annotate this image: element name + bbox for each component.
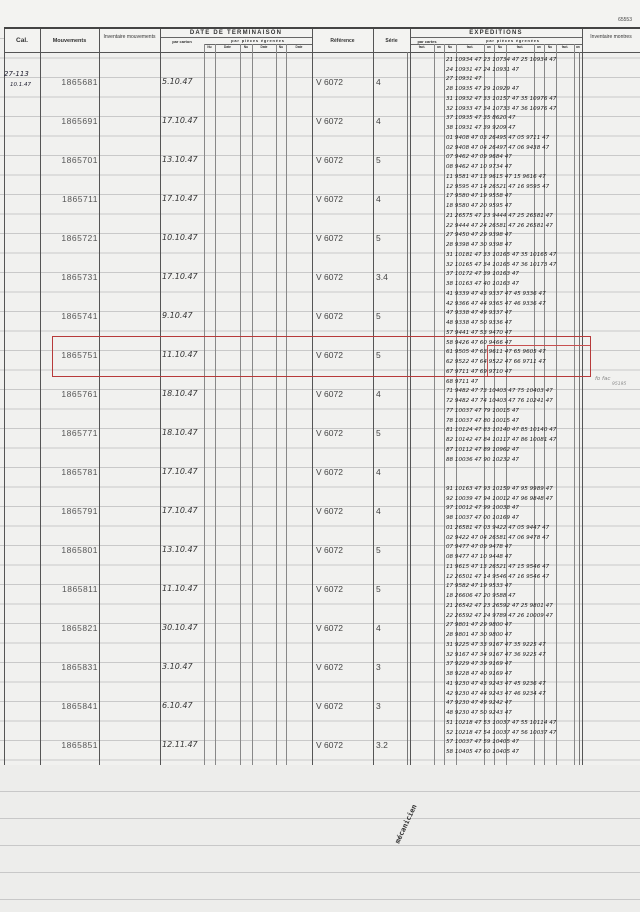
mouvement-number: 1865851	[40, 740, 98, 750]
expedition-entry: 87 10112 47 89 10962 47	[446, 446, 519, 456]
header-nu: Nu	[204, 45, 215, 49]
reference: V 6072	[316, 467, 374, 477]
expedition-entry: 78 10037 47 80 10015 47	[446, 417, 519, 427]
table-row: 18658416.10.47V 6072341 9230 47 43 9243 …	[4, 676, 640, 714]
termination-date: 18.10.47	[162, 428, 210, 437]
reference: V 6072	[316, 155, 374, 165]
expedition-entry: 27 9801 47 29 9800 47	[446, 621, 512, 631]
termination-date: 17.10.47	[162, 194, 210, 203]
mouvement-number: 1865711	[40, 194, 98, 204]
expedition-entry: 32 10165 47 34 10165 47 36 10173 47	[446, 261, 556, 271]
page-bottom-lined-area	[0, 765, 640, 912]
form-number: 65553	[618, 17, 632, 23]
table-row: 186569117.10.47V 6072431 10932 47 33 101…	[4, 91, 640, 129]
mouvement-number: 1865841	[40, 701, 98, 711]
header-par-cartes: par cartes	[410, 39, 444, 44]
table-row: 186577118.10.47V 6072577 10037 47 79 100…	[4, 403, 640, 441]
expedition-entry: 41 9339 47 43 9337 47 45 9336 47	[446, 290, 546, 300]
header-serie: Série	[373, 38, 410, 44]
reference: V 6072	[316, 701, 374, 711]
header-expeditions: EXPÉDITIONS	[410, 30, 582, 36]
termination-date: 17.10.47	[162, 116, 210, 125]
header-date: Date	[215, 45, 240, 49]
expedition-entry: 92 10039 47 94 10012 47 96 9848 47	[446, 495, 553, 505]
expedition-entry: 52 10218 47 54 10037 47 56 10037 47	[446, 729, 556, 739]
termination-date: 17.10.47	[162, 506, 210, 515]
serie: 4	[376, 77, 410, 87]
termination-date: 13.10.47	[162, 545, 210, 554]
expedition-entry: 58 10405 47 60 10405 47	[446, 748, 519, 758]
expedition-entry: 37 10172 47 39 10163 47	[446, 270, 519, 280]
table-row: 18657419.10.47V 6072541 9339 47 43 9337 …	[4, 286, 640, 324]
expedition-entry: 81 10124 47 83 10140 47 85 10140 47	[446, 426, 556, 436]
expedition-entry: 27 10931 47	[446, 75, 482, 85]
expedition-entry: 32 9167 47 34 9167 47 36 9225 47	[446, 651, 546, 661]
mouvement-number: 1865691	[40, 116, 98, 126]
serie: 5	[376, 155, 410, 165]
reference: V 6072	[316, 506, 374, 516]
header-inventaire-mouvements: Inventaire mouvements	[99, 34, 160, 40]
expedition-entry: 31 9225 47 33 9167 47 35 9225 47	[446, 641, 546, 651]
reference: V 6072	[316, 194, 374, 204]
reference: V 6072	[316, 428, 374, 438]
table-row: 186573117.10.47V 60723.431 10181 47 33 1…	[4, 247, 640, 285]
expedition-entry: 21 26542 47 23 26592 47 25 9801 47	[446, 602, 553, 612]
header-date: Date	[252, 45, 276, 49]
margin-note-number: 95195	[612, 382, 626, 387]
termination-date: 11.10.47	[162, 584, 210, 593]
table-row: 186572110.10.47V 6072521 26575 47 23 944…	[4, 208, 640, 246]
mouvement-number: 1865741	[40, 311, 98, 321]
header-an: an	[574, 45, 582, 49]
expedition-entry: 11 9615 47 13 26521 47 15 9546 47	[446, 563, 549, 573]
expedition-entry: 97 10012 47 99 10038 47	[446, 504, 519, 514]
expedition-entry: 22 26592 47 24 9789 47 26 10009 47	[446, 612, 553, 622]
table-row: 186585112.11.47V 60723.251 10218 47 53 1…	[4, 715, 640, 753]
header-an: an	[434, 45, 444, 49]
table-row: 186582130.10.47V 6072421 26542 47 23 265…	[4, 598, 640, 636]
termination-date: 18.10.47	[162, 389, 210, 398]
table-row: 186571117.10.47V 6072411 9581 47 13 9615…	[4, 169, 640, 207]
reference: V 6072	[316, 116, 374, 126]
termination-date: 3.10.47	[162, 662, 210, 671]
expedition-entry: 01 26581 47 03 9422 47 05 9447 47	[446, 524, 549, 534]
expedition-entry: 27 9450 47 29 9398 47	[446, 231, 512, 241]
serie: 5	[376, 233, 410, 243]
expedition-entry: 17 9582 47 19 9533 47	[446, 582, 512, 592]
serie: 5	[376, 584, 410, 594]
header-fact: fact.	[506, 45, 534, 49]
header-nu: Nu	[240, 45, 252, 49]
header-par-carton: par carton	[160, 39, 204, 44]
reference: V 6072	[316, 272, 374, 282]
expedition-entry: 57 10037 47 59 10405 47	[446, 738, 519, 748]
termination-date: 30.10.47	[162, 623, 210, 632]
margin-note: fo fac	[595, 376, 610, 382]
header-fact: fact.	[456, 45, 484, 49]
serie: 5	[376, 428, 410, 438]
mouvement-number: 1865781	[40, 467, 98, 477]
serie: 4	[376, 116, 410, 126]
expedition-entry: 31 10181 47 33 10165 47 35 10165 47	[446, 251, 556, 261]
expedition-entry: 68 9711 47	[446, 378, 478, 388]
mouvement-number: 1865821	[40, 623, 98, 633]
serie: 4	[376, 389, 410, 399]
highlighted-subbox	[487, 345, 590, 376]
header-nu: Nu	[544, 45, 556, 49]
expedition-entry: 71 9482 47 73 10403 47 75 10403 47	[446, 387, 553, 397]
reference: V 6072	[316, 77, 374, 87]
serie: 4	[376, 506, 410, 516]
termination-date: 17.10.47	[162, 272, 210, 281]
termination-date: 5.10.47	[162, 77, 210, 86]
mouvement-number: 1865761	[40, 389, 98, 399]
serie: 3	[376, 662, 410, 672]
serie: 4	[376, 623, 410, 633]
reference: V 6072	[316, 740, 374, 750]
termination-date: 6.10.47	[162, 701, 210, 710]
termination-date: 9.10.47	[162, 311, 210, 320]
reference: V 6072	[316, 623, 374, 633]
expedition-entry: 32 10933 47 34 10733 47 36 10976 47	[446, 105, 556, 115]
mouvement-number: 1865681	[40, 77, 98, 87]
header-reference: Référence	[312, 38, 373, 44]
reference: V 6072	[316, 311, 374, 321]
header-inventaire-montres: Inventaire montres	[582, 34, 640, 40]
table-row: 186578117.10.47V 6072487 10112 47 89 109…	[4, 442, 640, 480]
expedition-entry: 21 26575 47 23 9444 47 25 26581 47	[446, 212, 553, 222]
reference: V 6072	[316, 233, 374, 243]
termination-date: 12.11.47	[162, 740, 210, 749]
expedition-entry: 24 10931 47 24 10931 47	[446, 66, 519, 76]
expedition-entry: 02 9408 47 04 26497 47 06 9438 47	[446, 144, 549, 154]
header-an: an	[484, 45, 494, 49]
header-mouvements: Mouvements	[40, 38, 99, 44]
expedition-entry: 42 9366 47 44 9365 47 46 9336 47	[446, 300, 546, 310]
header-nu: Nu	[276, 45, 286, 49]
table-row: 186581111.10.47V 6072511 9615 47 13 2652…	[4, 559, 640, 597]
mouvement-number: 1865801	[40, 545, 98, 555]
expedition-entry: 37 9229 47 39 9169 47	[446, 660, 512, 670]
reference: V 6072	[316, 584, 374, 594]
expedition-entry: 21 10934 47 23 10734 47 25 10934 47	[446, 56, 556, 66]
header-date: Date	[286, 45, 312, 49]
table-row: 186580113.10.47V 6072501 26581 47 03 942…	[4, 520, 640, 558]
expedition-entry: 41 9230 47 43 9243 47 45 9236 47	[446, 680, 546, 690]
expedition-entry: 07 9462 47 09 9684 47	[446, 153, 512, 163]
expedition-entry: 12 9595 47 14 26521 47 16 9595 47	[446, 183, 549, 193]
expedition-entry: 51 10218 47 53 10037 47 55 10114 47	[446, 719, 556, 729]
mouvement-number: 1865811	[40, 584, 98, 594]
serie: 4	[376, 194, 410, 204]
serie: 3.4	[376, 272, 410, 282]
reference: V 6072	[316, 662, 374, 672]
header-par-pieces: par pièces égrenées	[204, 38, 312, 43]
termination-date: 17.10.47	[162, 467, 210, 476]
expedition-entry: 42 9230 47 44 9243 47 46 9234 47	[446, 690, 546, 700]
expedition-entry: 91 10163 47 93 10159 47 95 9989 47	[446, 485, 553, 495]
expedition-entry: 31 10932 47 33 10157 47 35 10976 47	[446, 95, 556, 105]
header-fact: fact.	[556, 45, 574, 49]
page-top-margin	[0, 0, 640, 27]
mouvement-number: 1865831	[40, 662, 98, 672]
expedition-entry: 17 9580 47 19 9558 47	[446, 192, 512, 202]
expedition-entry: 11 9581 47 13 9615 47 15 9616 47	[446, 173, 546, 183]
expedition-entry: 12 26501 47 14 9546 47 16 9546 47	[446, 573, 549, 583]
mouvement-number: 1865771	[40, 428, 98, 438]
serie: 3.2	[376, 740, 410, 750]
header-nu: Nu	[444, 45, 456, 49]
table-row: 18658313.10.47V 6072331 9225 47 33 9167 …	[4, 637, 640, 675]
cal-note-line1: 27-113	[4, 70, 29, 78]
header-nu: Nu	[494, 45, 506, 49]
serie: 5	[376, 311, 410, 321]
table-row: 18656815.10.47V 6072421 10934 47 23 1073…	[4, 52, 640, 90]
mouvement-number: 1865731	[40, 272, 98, 282]
serie: 3	[376, 701, 410, 711]
header-par-pieces-exp: par pièces égrenées	[444, 38, 582, 43]
termination-date: 10.10.47	[162, 233, 210, 242]
termination-date: 13.10.47	[162, 155, 210, 164]
ledger-table: Cal. Mouvements Inventaire mouvements DA…	[4, 27, 640, 767]
table-row: 186570113.10.47V 6072501 9408 47 03 2649…	[4, 130, 640, 168]
mouvement-number: 1865791	[40, 506, 98, 516]
serie: 5	[376, 545, 410, 555]
table-row: 186579117.10.47V 6072491 10163 47 93 101…	[4, 481, 640, 519]
expedition-entry: 22 9444 47 24 26581 47 26 26581 47	[446, 222, 553, 232]
expedition-entry: 37 10935 47 35 8620 47	[446, 114, 515, 124]
expedition-entry: 47 9230 47 49 9242 47	[446, 699, 512, 709]
serie: 4	[376, 467, 410, 477]
table-body: 18656815.10.47V 6072421 10934 47 23 1073…	[4, 52, 640, 767]
header-date-terminaison: DATE DE TERMINAISON	[160, 30, 312, 36]
mouvement-number: 1865721	[40, 233, 98, 243]
expedition-entry: 02 9422 47 04 26581 47 06 9478 47	[446, 534, 549, 544]
reference: V 6072	[316, 389, 374, 399]
expedition-entry: 07 9477 47 09 9478 47	[446, 543, 512, 553]
header-fact: fact.	[410, 45, 434, 49]
mouvement-number: 1865701	[40, 155, 98, 165]
expedition-entry: 77 10037 47 79 10015 47	[446, 407, 519, 417]
expedition-entry: 88 10036 47 90 10232 47	[446, 456, 519, 466]
header-an: an	[534, 45, 544, 49]
header-cal: Cal.	[4, 37, 40, 44]
expedition-entry: 47 9338 47 49 9337 47	[446, 309, 512, 319]
cal-note-line2: 10.1.47	[10, 82, 31, 88]
expedition-entry: 01 9408 47 03 26495 47 05 9711 47	[446, 134, 549, 144]
reference: V 6072	[316, 545, 374, 555]
